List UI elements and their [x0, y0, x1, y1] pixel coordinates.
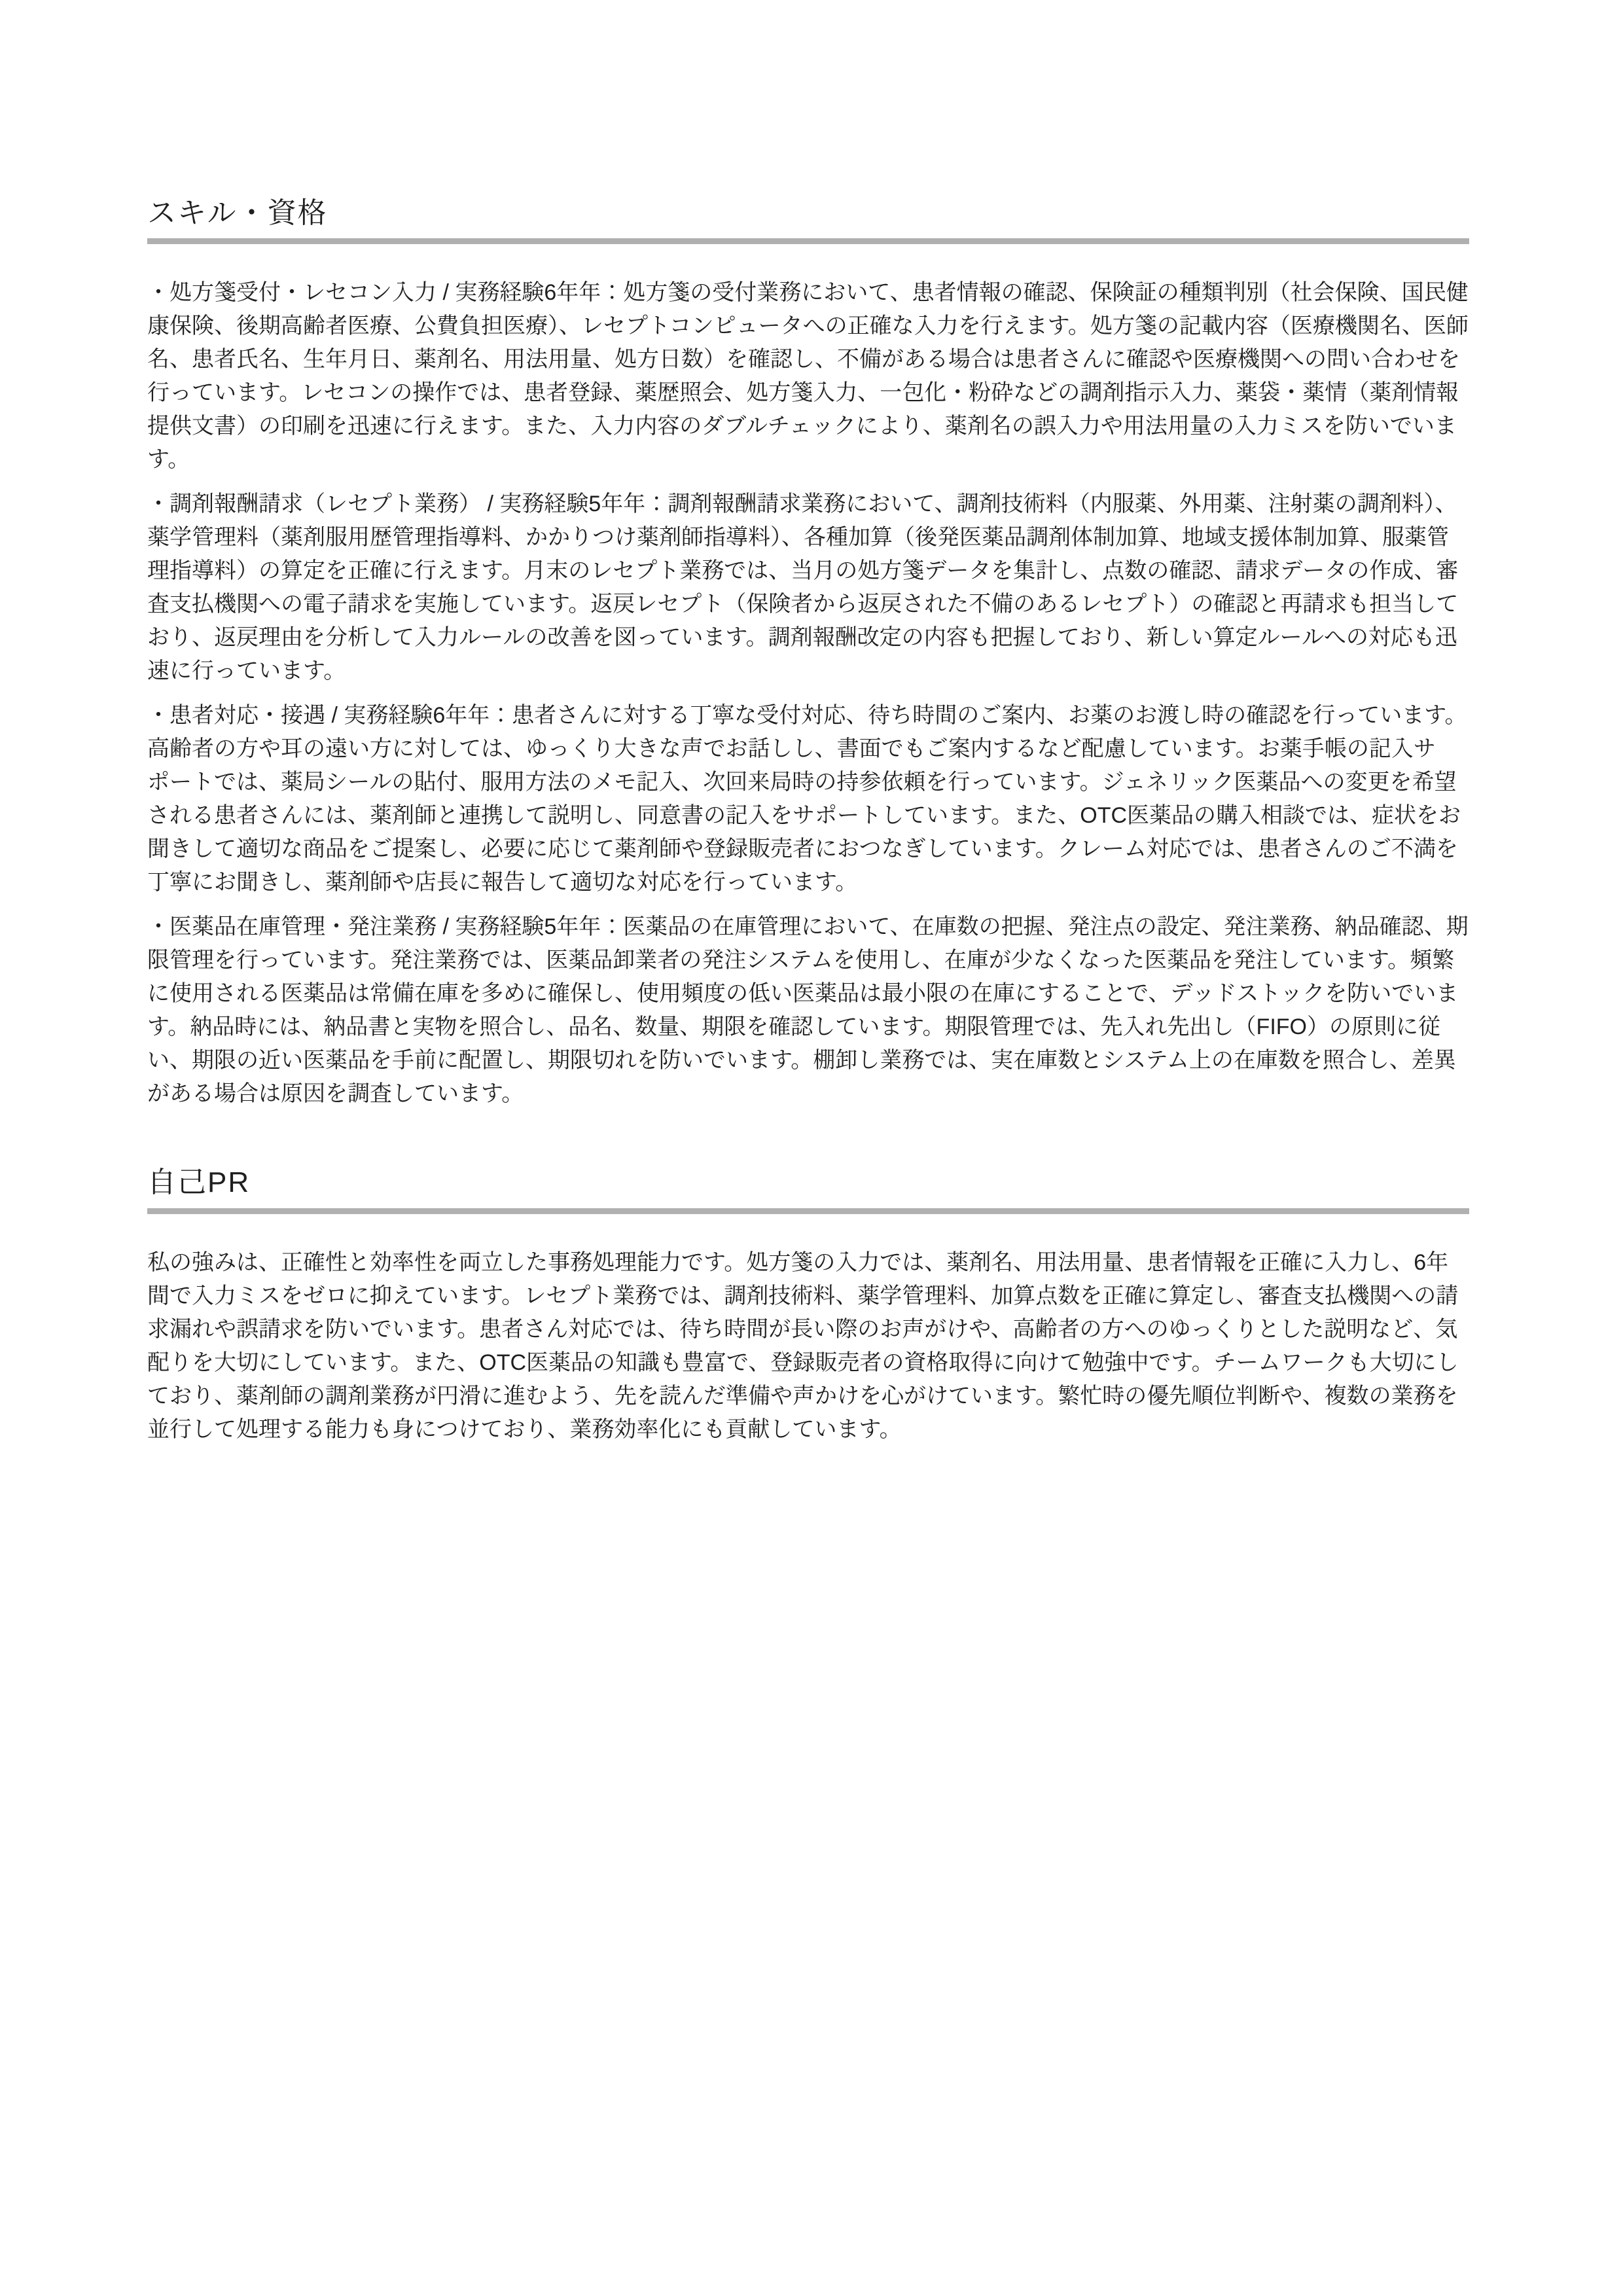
section-self-pr: 自己PR 私の強みは、正確性と効率性を両立した事務処理能力です。処方箋の入力では… — [147, 1167, 1469, 1446]
document-page: スキル・資格 ・処方箋受付・レセコン入力 / 実務経験6年年：処方箋の受付業務に… — [0, 0, 1623, 2296]
section-skills: スキル・資格 ・処方箋受付・レセコン入力 / 実務経験6年年：処方箋の受付業務に… — [147, 0, 1469, 1111]
self-pr-paragraph: 私の強みは、正確性と効率性を両立した事務処理能力です。処方箋の入力では、薬剤名、… — [147, 1246, 1469, 1446]
self-pr-heading-rule — [147, 1208, 1469, 1214]
skills-section-heading: スキル・資格 — [147, 0, 1469, 229]
self-pr-section-heading: 自己PR — [147, 1167, 1469, 1198]
skills-paragraph-inventory: ・医薬品在庫管理・発注業務 / 実務経験5年年：医薬品の在庫管理において、在庫数… — [147, 910, 1469, 1111]
skills-heading-rule — [147, 238, 1469, 244]
document-content: スキル・資格 ・処方箋受付・レセコン入力 / 実務経験6年年：処方箋の受付業務に… — [147, 0, 1469, 1446]
skills-paragraph-billing: ・調剤報酬請求（レセプト業務） / 実務経験5年年：調剤報酬請求業務において、調… — [147, 488, 1469, 688]
self-pr-paragraphs: 私の強みは、正確性と効率性を両立した事務処理能力です。処方箋の入力では、薬剤名、… — [147, 1246, 1469, 1446]
skills-paragraph-prescription-reception: ・処方箋受付・レセコン入力 / 実務経験6年年：処方箋の受付業務において、患者情… — [147, 276, 1469, 476]
skills-paragraph-patient-service: ・患者対応・接遇 / 実務経験6年年：患者さんに対する丁寧な受付対応、待ち時間の… — [147, 699, 1469, 899]
skills-paragraphs: ・処方箋受付・レセコン入力 / 実務経験6年年：処方箋の受付業務において、患者情… — [147, 276, 1469, 1111]
